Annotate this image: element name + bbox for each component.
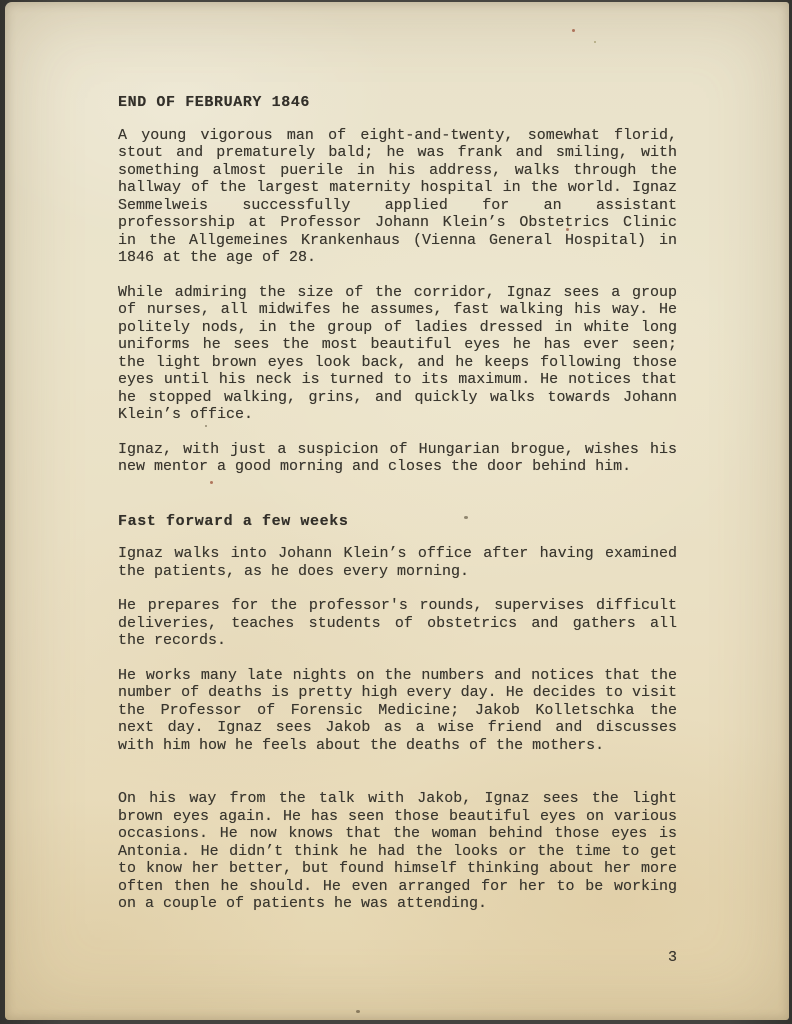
page-number: 3 bbox=[118, 949, 677, 967]
text-line: something almost puerile in his address,… bbox=[118, 162, 677, 180]
paragraph: He prepares for the professor's rounds, … bbox=[118, 597, 677, 650]
text-line: A young vigorous man of eight-and-twenty… bbox=[118, 127, 677, 145]
text-line: He prepares for the professor's rounds, … bbox=[118, 597, 677, 615]
text-line: the records. bbox=[118, 632, 677, 650]
text-line: the patients, as he does every morning. bbox=[118, 563, 677, 581]
text-line: on a couple of patients he was attending… bbox=[118, 895, 677, 913]
paragraph: He works many late nights on the numbers… bbox=[118, 667, 677, 755]
text-line: Antonia. He didn’t think he had the look… bbox=[118, 843, 677, 861]
section-heading: END OF FEBRUARY 1846 bbox=[118, 94, 677, 112]
text-line: Ignaz walks into Johann Klein’s office a… bbox=[118, 545, 677, 563]
text-line: Ignaz, with just a suspicion of Hungaria… bbox=[118, 441, 677, 459]
text-line: often then he should. He even arranged f… bbox=[118, 878, 677, 896]
paragraph: A young vigorous man of eight-and-twenty… bbox=[118, 127, 677, 267]
paper-speck bbox=[356, 1010, 360, 1013]
text-line: brown eyes again. He has seen those beau… bbox=[118, 808, 677, 826]
paragraph: Ignaz walks into Johann Klein’s office a… bbox=[118, 545, 677, 580]
text-line: He works many late nights on the numbers… bbox=[118, 667, 677, 685]
text-line: politely nods, in the group of ladies dr… bbox=[118, 319, 677, 337]
document-content: END OF FEBRUARY 1846A young vigorous man… bbox=[118, 94, 677, 966]
text-line: While admiring the size of the corridor,… bbox=[118, 284, 677, 302]
text-line: stout and prematurely bald; he was frank… bbox=[118, 144, 677, 162]
text-line: eyes until his neck is turned to its max… bbox=[118, 371, 677, 389]
paragraph: While admiring the size of the corridor,… bbox=[118, 284, 677, 424]
text-line: occasions. He now knows that the woman b… bbox=[118, 825, 677, 843]
text-line: he stopped walking, grins, and quickly w… bbox=[118, 389, 677, 407]
scanned-page-frame: END OF FEBRUARY 1846A young vigorous man… bbox=[0, 0, 792, 1024]
text-line: deliveries, teaches students of obstetri… bbox=[118, 615, 677, 633]
text-line: in the Allgemeines Krankenhaus (Vienna G… bbox=[118, 232, 677, 250]
text-line: number of deaths is pretty high every da… bbox=[118, 684, 677, 702]
text-line: 1846 at the age of 28. bbox=[118, 249, 677, 267]
paper-speck bbox=[572, 29, 575, 32]
text-line: On his way from the talk with Jakob, Ign… bbox=[118, 790, 677, 808]
text-line: to know her better, but found himself th… bbox=[118, 860, 677, 878]
text-line: hallway of the largest maternity hospita… bbox=[118, 179, 677, 197]
paragraph: On his way from the talk with Jakob, Ign… bbox=[118, 790, 677, 913]
text-line: the Professor of Forensic Medicine; Jako… bbox=[118, 702, 677, 720]
text-line: uniforms he sees the most beautiful eyes… bbox=[118, 336, 677, 354]
text-line: Klein’s office. bbox=[118, 406, 677, 424]
text-line: Semmelweis successfully applied for an a… bbox=[118, 197, 677, 215]
text-line: professorship at Professor Johann Klein’… bbox=[118, 214, 677, 232]
text-line: of nurses, all midwifes he assumes, fast… bbox=[118, 301, 677, 319]
text-line: the light brown eyes look back, and he k… bbox=[118, 354, 677, 372]
paper-speck bbox=[594, 41, 596, 43]
manuscript-page: END OF FEBRUARY 1846A young vigorous man… bbox=[5, 2, 789, 1020]
text-line: with him how he feels about the deaths o… bbox=[118, 737, 677, 755]
section-heading: Fast forward a few weeks bbox=[118, 513, 677, 531]
paragraph: Ignaz, with just a suspicion of Hungaria… bbox=[118, 441, 677, 476]
text-line: next day. Ignaz sees Jakob as a wise fri… bbox=[118, 719, 677, 737]
text-line: new mentor a good morning and closes the… bbox=[118, 458, 677, 476]
